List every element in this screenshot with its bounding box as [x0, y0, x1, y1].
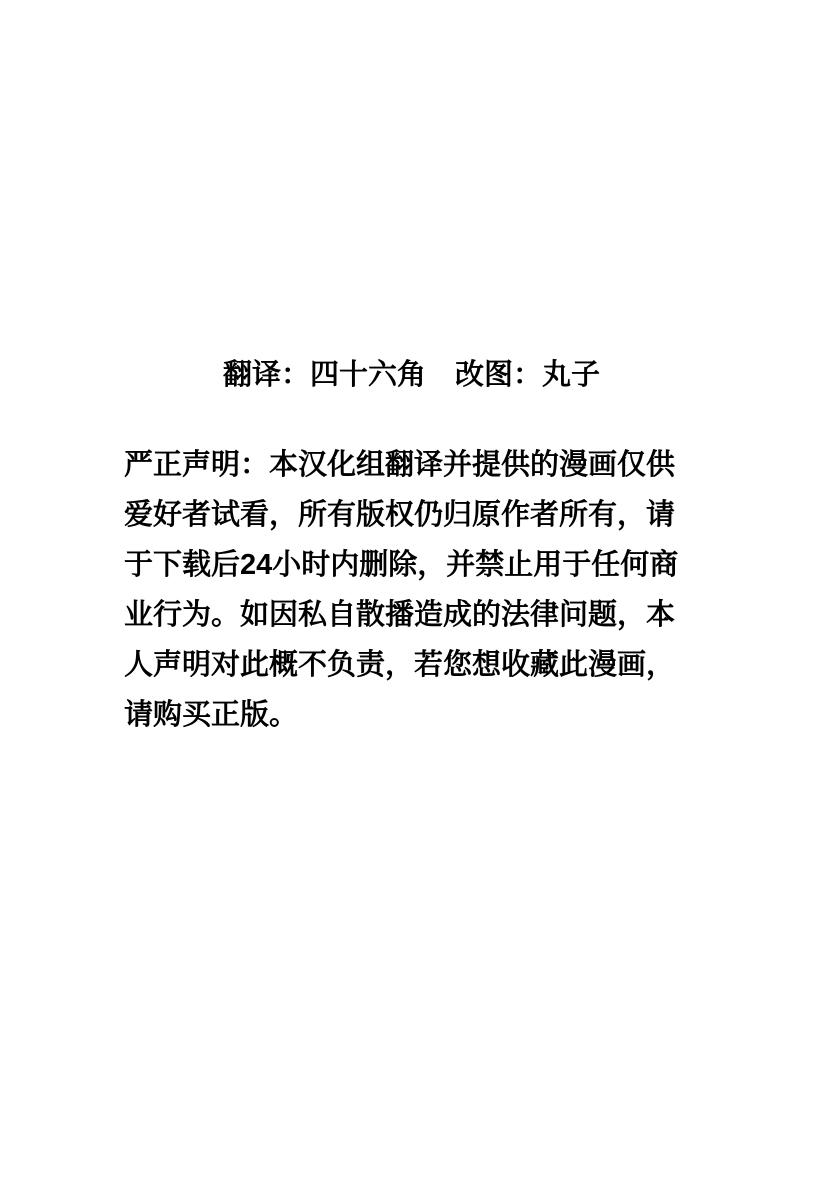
page: 翻译：四十六角 改图：丸子 严正声明：本汉化组翻译并提供的漫画仅供 爱好者试看，… [0, 0, 823, 1200]
credits-line: 翻译：四十六角 改图：丸子 [0, 358, 823, 392]
disclaimer-line: 爱好者试看，所有版权仍归原作者所有，请 [124, 490, 684, 540]
disclaimer-line: 于下载后24小时内删除，并禁止用于任何商 [124, 540, 684, 590]
disclaimer-text: 严正声明：本汉化组翻译并提供的漫画仅供 爱好者试看，所有版权仍归原作者所有，请 … [124, 440, 684, 740]
disclaimer-line: 请购买正版。 [124, 690, 684, 740]
disclaimer-line: 业行为。如因私自散播造成的法律问题，本 [124, 590, 684, 640]
disclaimer-line: 人声明对此概不负责，若您想收藏此漫画， [124, 640, 684, 690]
disclaimer-line: 严正声明：本汉化组翻译并提供的漫画仅供 [124, 440, 684, 490]
